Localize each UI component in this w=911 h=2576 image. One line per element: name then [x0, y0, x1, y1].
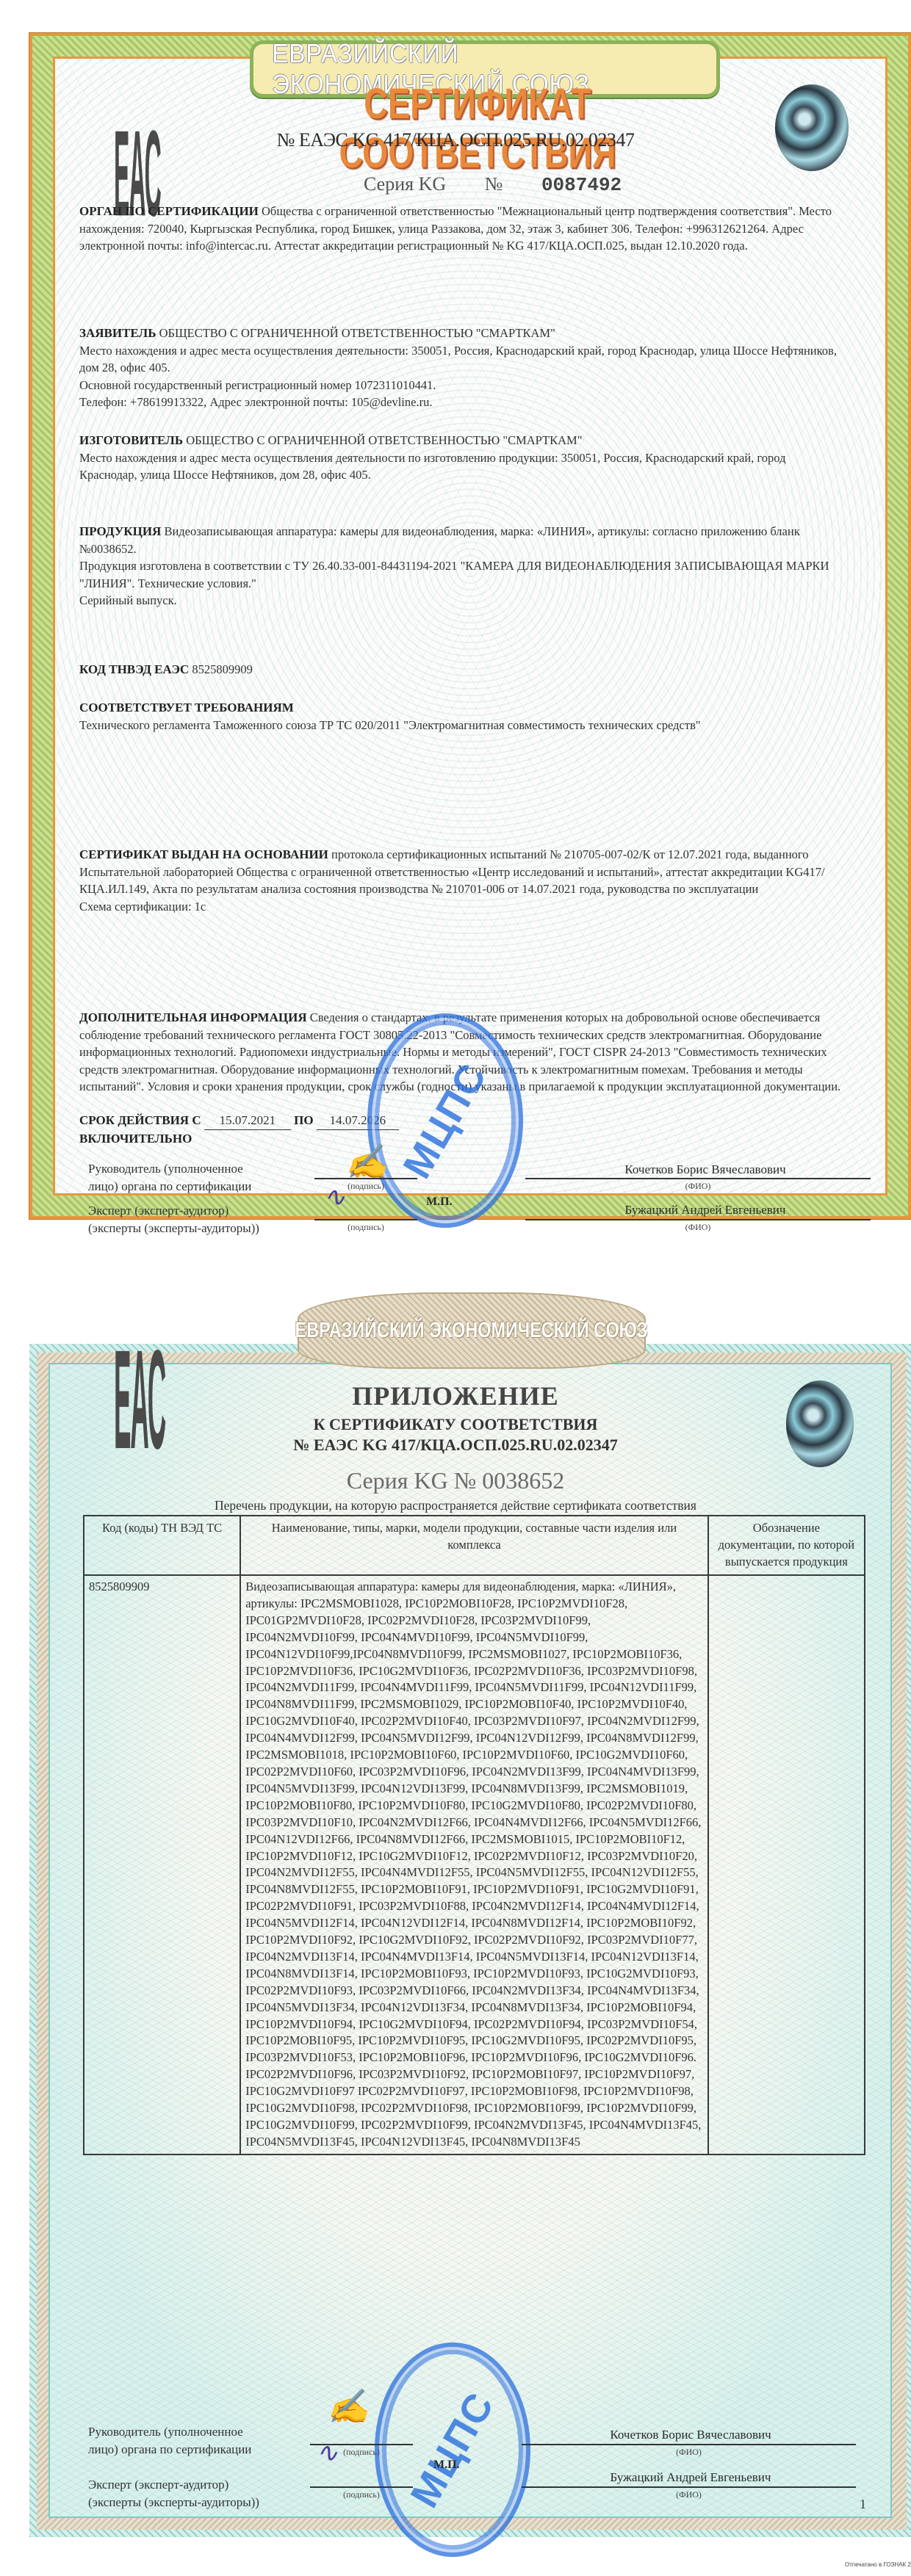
annex-certificate-number: № ЕАЭС KG 417/КЦА.ОСП.025.RU.02.02347: [0, 1436, 911, 1455]
seal-mark: М.П.: [426, 1195, 453, 1209]
validity-to-label: ПО: [294, 1113, 313, 1127]
certificate-number: № ЕАЭС KG 417/КЦА.ОСП.025.RU.02.02347: [0, 129, 911, 151]
annex-expert-role-line1: Эксперт (эксперт-аудитор): [88, 2478, 228, 2492]
annex-series: Серия KG № 0038652: [0, 1467, 911, 1494]
cell-description: Видеозаписывающая аппаратура: камеры для…: [240, 1575, 708, 2154]
printer-note: Отпечатано в ГОЗНАК 20: [845, 2561, 911, 2568]
blank-number: 0087492: [541, 174, 622, 196]
expert-signature-caption: (подпись): [314, 1222, 417, 1233]
expert-role-line2: (эксперты (эксперты-аудиторы)): [88, 1221, 259, 1235]
validity-from-label: СРОК ДЕЙСТВИЯ С: [79, 1113, 201, 1127]
head-role-line2: лицо) органа по сертификации: [88, 1179, 251, 1193]
header-names: Наименование, типы, марки, модели продук…: [240, 1516, 708, 1575]
table-row: 8525809909 Видеозаписывающая аппаратура:…: [84, 1575, 865, 2154]
hologram-icon: [775, 84, 849, 171]
annex-head-signature-line: [310, 2444, 413, 2445]
head-name-caption: (ФИО): [525, 1181, 871, 1192]
product-models: IPC2MSMOBI1028, IPC10P2MOBI10F28, IPC10P…: [245, 1596, 701, 2149]
annex-seal-mark: М.П.: [433, 2459, 460, 2472]
header-documentation: Обозначение документации, по которой вып…: [708, 1516, 865, 1575]
expert-name-line: [525, 1219, 871, 1220]
annex-expert-full-name: Бужацкий Андрей Евгеньевич: [514, 2470, 867, 2485]
validity-inclusive-label: ВКЛЮЧИТЕЛЬНО: [79, 1132, 192, 1146]
head-signature-caption: (подпись): [314, 1181, 417, 1192]
section-manufacturer: ИЗГОТОВИТЕЛЬ ОБЩЕСТВО С ОГРАНИЧЕННОЙ ОТВ…: [79, 432, 843, 484]
annex-stamp-text: МЦПС: [402, 2384, 504, 2515]
number-sign: №: [485, 173, 503, 195]
annex-union-banner: ЕВРАЗИЙСКИЙ ЭКОНОМИЧЕСКИЙ СОЮЗ: [298, 1292, 646, 1369]
applicant-address: Место нахождения и адрес места осуществл…: [79, 344, 837, 375]
section-product: ПРОДУКЦИЯ Видеозаписывающая аппаратура: …: [79, 523, 843, 609]
head-full-name: Кочетков Борис Вячеславович: [522, 1162, 889, 1177]
annex-head-full-name: Кочетков Борис Вячеславович: [514, 2428, 867, 2442]
blank-series: Серия KG № 0087492: [364, 173, 622, 196]
section-label: КОД ТНВЭД ЕАЭС: [79, 662, 189, 676]
section-label: СООТВЕТСТВУЕТ ТРЕБОВАНИЯМ: [79, 701, 294, 714]
annex-union-banner-text: ЕВРАЗИЙСКИЙ ЭКОНОМИЧЕСКИЙ СОЮЗ: [295, 1318, 648, 1343]
head-signature-icon: ✍: [345, 1142, 387, 1182]
annex-expert-signature-line: [310, 2486, 413, 2488]
section-label: СЕРТИФИКАТ ВЫДАН НА ОСНОВАНИИ: [79, 847, 328, 861]
series-label: Серия KG: [364, 173, 446, 195]
valid-from-date: 15.07.2021: [204, 1112, 291, 1130]
section-label: ИЗГОТОВИТЕЛЬ: [79, 433, 183, 447]
cell-code: 8525809909: [84, 1575, 240, 2154]
product-spec: Продукция изготовлена в соответствии с Т…: [79, 559, 829, 590]
annex-expert-role-line2: (эксперты (эксперты-аудиторы)): [88, 2495, 259, 2509]
annex-expert-signature-caption: (подпись): [310, 2489, 413, 2500]
header-code: Код (коды) ТН ВЭД ТС: [84, 1516, 240, 1575]
product-text: Видеозаписывающая аппаратура: камеры для…: [79, 524, 800, 556]
applicant-ogrn: Основной государственный регистрационный…: [79, 378, 436, 392]
manufacturer-name: ОБЩЕСТВО С ОГРАНИЧЕННОЙ ОТВЕТСТВЕННОСТЬЮ…: [186, 433, 582, 447]
table-header-row: Код (коды) ТН ВЭД ТС Наименование, типы,…: [84, 1516, 865, 1575]
section-label: ПРОДУКЦИЯ: [79, 524, 161, 538]
section-label: ЗАЯВИТЕЛЬ: [79, 326, 156, 340]
expert-role-line1: Эксперт (эксперт-аудитор): [88, 1204, 228, 1218]
product-release: Серийный выпуск.: [79, 593, 177, 607]
annex-head-role-line1: Руководитель (уполноченное: [88, 2425, 243, 2439]
section-tnved: КОД ТНВЭД ЕАЭС 8525809909: [79, 661, 843, 679]
annex-head-signature-icon: ✍: [327, 2387, 369, 2427]
section-applicant: ЗАЯВИТЕЛЬ ОБЩЕСТВО С ОГРАНИЧЕННОЙ ОТВЕТС…: [79, 325, 843, 411]
annex-list-caption: Перечень продукции, на которую распростр…: [0, 1498, 911, 1513]
cell-documentation: [708, 1575, 865, 2154]
section-label: ОРГАН ПО СЕРТИФИКАЦИИ: [79, 204, 259, 218]
expert-name-caption: (ФИО): [525, 1222, 871, 1233]
annex-subtitle: К СЕРТИФИКАТУ СООТВЕТСТВИЯ: [0, 1415, 911, 1434]
requirements-text: Технического регламента Таможенного союз…: [79, 718, 701, 732]
section-cert-body: ОРГАН ПО СЕРТИФИКАЦИИ Общества с огранич…: [79, 203, 843, 255]
annex-head-role: Руководитель (уполноченное лицо) органа …: [88, 2423, 309, 2458]
annex-head-name-line: [522, 2444, 856, 2445]
annex-expert-name-line: [522, 2486, 856, 2488]
section-basis: СЕРТИФИКАТ ВЫДАН НА ОСНОВАНИИ протокола …: [79, 846, 843, 915]
expert-role: Эксперт (эксперт-аудитор) (эксперты (экс…: [88, 1202, 323, 1237]
annex-expert-role: Эксперт (эксперт-аудитор) (эксперты (экс…: [88, 2476, 323, 2511]
certification-scheme: Схема сертификации: 1с: [79, 900, 206, 913]
annex-title: ПРИЛОЖЕНИЕ: [0, 1381, 911, 1411]
expert-full-name: Бужацкий Андрей Евгеньевич: [522, 1203, 889, 1218]
head-name-line: [525, 1178, 871, 1179]
product-table: Код (коды) ТН ВЭД ТС Наименование, типы,…: [83, 1515, 865, 2155]
manufacturer-address: Место нахождения и адрес места осуществл…: [79, 451, 785, 482]
head-signature-line: [314, 1178, 417, 1179]
page-number: 1: [860, 2497, 866, 2512]
tnved-code: 8525809909: [192, 662, 253, 676]
stamp-text: МЦПС: [395, 1055, 497, 1186]
applicant-contacts: Телефон: +78619913322, Адрес электронной…: [79, 395, 432, 409]
annex-head-signature-caption: (подпись): [310, 2447, 413, 2458]
head-role-line1: Руководитель (уполноченное: [88, 1162, 243, 1176]
section-label: ДОПОЛНИТЕЛЬНАЯ ИНФОРМАЦИЯ: [79, 1010, 307, 1024]
applicant-name: ОБЩЕСТВО С ОГРАНИЧЕННОЙ ОТВЕТСТВЕННОСТЬЮ…: [159, 326, 555, 340]
head-role: Руководитель (уполноченное лицо) органа …: [88, 1160, 309, 1195]
expert-signature-line: [314, 1219, 417, 1220]
annex-head-name-caption: (ФИО): [522, 2447, 856, 2458]
certificate-title: СЕРТИФИКАТ СООТВЕТСТВИЯ: [294, 79, 660, 178]
annex-expert-name-caption: (ФИО): [522, 2489, 856, 2500]
annex-head-role-line2: лицо) органа по сертификации: [88, 2442, 251, 2456]
section-requirements: СООТВЕТСТВУЕТ ТРЕБОВАНИЯМ Технического р…: [79, 699, 843, 734]
